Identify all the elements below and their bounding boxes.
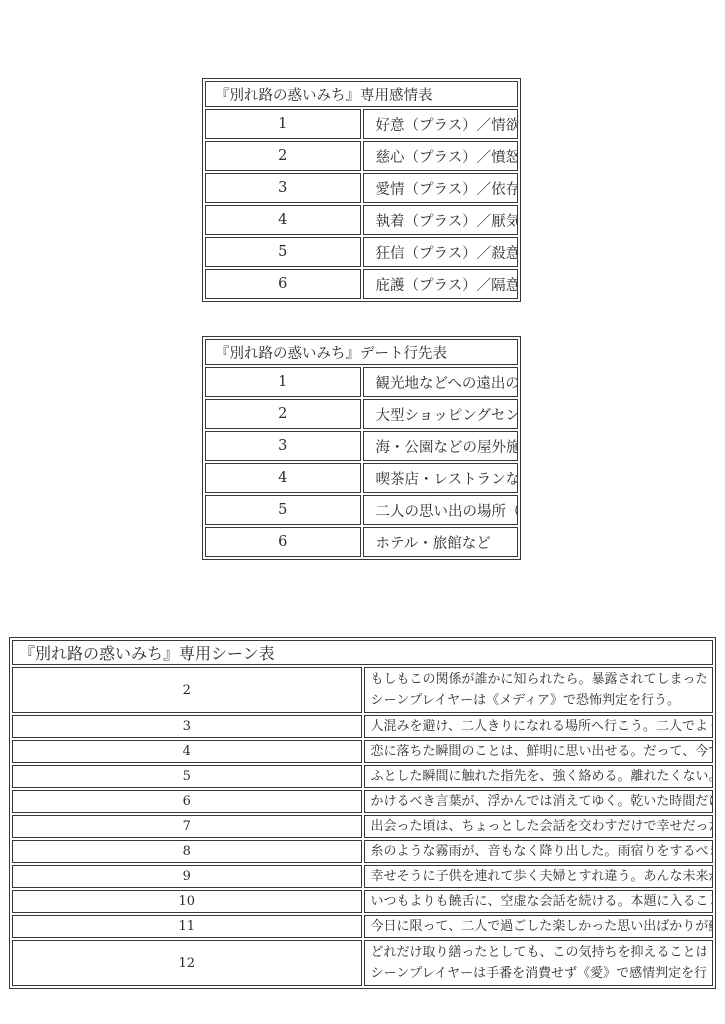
row-text: 狂信（プラス）／殺意（マイナス） [363, 237, 519, 267]
row-text: 幸せそうに子供を連れて歩く夫婦とすれ違う。あんな未来がわたしたちにもあったのだろ… [364, 865, 714, 888]
row-number: 4 [205, 463, 361, 493]
row-number: 9 [12, 865, 362, 888]
row-text: 出会った頃は、ちょっとした会話を交わすだけで幸せだった。いつから道を間違えたのだ… [364, 815, 714, 838]
row-text: もしもこの関係が誰かに知られたら。暴露されてしまったら。いっそ、そのほうが楽にな… [364, 667, 714, 713]
row-number: 6 [205, 269, 361, 299]
emotion-table: 『別れ路の惑いみち』専用感情表 1好意（プラス）／情欲（マイナス）2慈心（プラス… [202, 78, 521, 302]
table-row: 11今日に限って、二人で過ごした楽しかった思い出ばかりが蘇ってくる。ふいに涙がこ… [12, 915, 713, 938]
row-number: 1 [205, 367, 361, 397]
row-number: 2 [205, 141, 361, 171]
row-text: 海・公園などの屋外施設 [363, 431, 519, 461]
table-row: 6かけるべき言葉が、浮かんでは消えてゆく。乾いた時間だけが二人の間に流れている。 [12, 790, 713, 813]
scene-table-header: 『別れ路の惑いみち』専用シーン表 [12, 640, 713, 665]
row-number: 6 [205, 527, 361, 557]
table-row: 5ふとした瞬間に触れた指先を、強く絡める。離れたくない。体は正直だ。 [12, 765, 713, 788]
row-number: 11 [12, 915, 362, 938]
row-text: 糸のような霧雨が、音もなく降り出した。雨宿りをするべきか、それとも濡れてしまおう… [364, 840, 714, 863]
table-row: 7出会った頃は、ちょっとした会話を交わすだけで幸せだった。いつから道を間違えたの… [12, 815, 713, 838]
row-text: 愛情（プラス）／依存（マイナス） [363, 173, 519, 203]
table-row: 8糸のような霧雨が、音もなく降り出した。雨宿りをするべきか、それとも濡れてしまお… [12, 840, 713, 863]
row-text: 喫茶店・レストランなど [363, 463, 519, 493]
date-destination-table: 『別れ路の惑いみち』デート行先表 1観光地などへの遠出の旅行2大型ショッピングセ… [202, 336, 521, 560]
row-text: 今日に限って、二人で過ごした楽しかった思い出ばかりが蘇ってくる。ふいに涙がこぼれ… [364, 915, 714, 938]
row-number: 6 [12, 790, 362, 813]
row-text: かけるべき言葉が、浮かんでは消えてゆく。乾いた時間だけが二人の間に流れている。 [364, 790, 714, 813]
table-row: 10いつもよりも饒舌に、空虚な会話を続ける。本題に入ることから逃げるだけの、空虚… [12, 890, 713, 913]
row-number: 4 [12, 740, 362, 763]
row-number: 8 [12, 840, 362, 863]
row-text: 慈心（プラス）／憤怒（マイナス） [363, 141, 519, 171]
table-row: 4執着（プラス）／厭気（マイナス） [205, 205, 518, 235]
row-number: 5 [12, 765, 362, 788]
scene-table-body: 2もしもこの関係が誰かに知られたら。暴露されてしまったら。いっそ、そのほうが楽に… [12, 667, 713, 986]
date-table-body: 1観光地などへの遠出の旅行2大型ショッピングセンター3海・公園などの屋外施設4喫… [205, 367, 518, 557]
table-row: 1好意（プラス）／情欲（マイナス） [205, 109, 518, 139]
row-number: 10 [12, 890, 362, 913]
date-table-title: 『別れ路の惑いみち』デート行先表 [205, 339, 518, 365]
table-row: 1観光地などへの遠出の旅行 [205, 367, 518, 397]
row-text: 観光地などへの遠出の旅行 [363, 367, 519, 397]
table-row: 6ホテル・旅館など [205, 527, 518, 557]
table-row: 2もしもこの関係が誰かに知られたら。暴露されてしまったら。いっそ、そのほうが楽に… [12, 667, 713, 713]
table-row: 9幸せそうに子供を連れて歩く夫婦とすれ違う。あんな未来がわたしたちにもあったのだ… [12, 865, 713, 888]
row-text: いつもよりも饒舌に、空虚な会話を続ける。本題に入ることから逃げるだけの、空虚な会… [364, 890, 714, 913]
row-number: 5 [205, 237, 361, 267]
table-title-row: 『別れ路の惑いみち』デート行先表 [205, 339, 518, 365]
row-text: ホテル・旅館など [363, 527, 519, 557]
row-text-line: シーンプレイヤーは手番を消費せず《愛》で感情判定を行う。 [371, 963, 707, 984]
table-row: 6庇護（プラス）／隔意（マイナス） [205, 269, 518, 299]
row-number: 3 [205, 173, 361, 203]
row-text: 庇護（プラス）／隔意（マイナス） [363, 269, 519, 299]
scene-table: 『別れ路の惑いみち』専用シーン表 2もしもこの関係が誰かに知られたら。暴露されて… [9, 637, 716, 989]
row-number: 7 [12, 815, 362, 838]
emotion-table-body: 1好意（プラス）／情欲（マイナス）2慈心（プラス）／憤怒（マイナス）3愛情（プラ… [205, 109, 518, 299]
table-row: 5狂信（プラス）／殺意（マイナス） [205, 237, 518, 267]
table-row: 12どれだけ取り繕ったとしても、この気持ちを抑えることはできない。こんなにもあな… [12, 940, 713, 986]
date-table-header: 『別れ路の惑いみち』デート行先表 [205, 339, 518, 365]
row-text: どれだけ取り繕ったとしても、この気持ちを抑えることはできない。こんなにもあなたが… [364, 940, 714, 986]
row-text-line: シーンプレイヤーは《メディア》で恐怖判定を行う。 [371, 690, 707, 711]
row-number: 2 [205, 399, 361, 429]
document-page: 『別れ路の惑いみち』専用感情表 1好意（プラス）／情欲（マイナス）2慈心（プラス… [0, 0, 725, 1024]
emotion-table-title: 『別れ路の惑いみち』専用感情表 [205, 81, 518, 107]
table-row: 3人混みを避け、二人きりになれる場所へ行こう。二人でよく行ったあの場所へ。 [12, 715, 713, 738]
scene-table-title: 『別れ路の惑いみち』専用シーン表 [12, 640, 713, 665]
row-number: 2 [12, 667, 362, 713]
row-text: 恋に落ちた瞬間のことは、鮮明に思い出せる。だって、今でも落ち続けているから。 [364, 740, 714, 763]
table-row: 3愛情（プラス）／依存（マイナス） [205, 173, 518, 203]
table-row: 2慈心（プラス）／憤怒（マイナス） [205, 141, 518, 171]
table-row: 4恋に落ちた瞬間のことは、鮮明に思い出せる。だって、今でも落ち続けているから。 [12, 740, 713, 763]
table-row: 2大型ショッピングセンター [205, 399, 518, 429]
row-text: 執着（プラス）／厭気（マイナス） [363, 205, 519, 235]
row-number: 1 [205, 109, 361, 139]
row-text: 好意（プラス）／情欲（マイナス） [363, 109, 519, 139]
table-title-row: 『別れ路の惑いみち』専用シーン表 [12, 640, 713, 665]
emotion-table-header: 『別れ路の惑いみち』専用感情表 [205, 81, 518, 107]
row-text-line: どれだけ取り繕ったとしても、この気持ちを抑えることはできない。こんなにもあなたが… [371, 942, 707, 963]
row-number: 3 [205, 431, 361, 461]
table-row: 5二人の思い出の場所（自由に決める） [205, 495, 518, 525]
row-text: ふとした瞬間に触れた指先を、強く絡める。離れたくない。体は正直だ。 [364, 765, 714, 788]
row-text-line: もしもこの関係が誰かに知られたら。暴露されてしまったら。いっそ、そのほうが楽にな… [371, 669, 707, 690]
row-text: 人混みを避け、二人きりになれる場所へ行こう。二人でよく行ったあの場所へ。 [364, 715, 714, 738]
table-row: 4喫茶店・レストランなど [205, 463, 518, 493]
table-row: 3海・公園などの屋外施設 [205, 431, 518, 461]
table-title-row: 『別れ路の惑いみち』専用感情表 [205, 81, 518, 107]
row-number: 5 [205, 495, 361, 525]
row-text: 二人の思い出の場所（自由に決める） [363, 495, 519, 525]
row-number: 12 [12, 940, 362, 986]
row-text: 大型ショッピングセンター [363, 399, 519, 429]
row-number: 3 [12, 715, 362, 738]
row-number: 4 [205, 205, 361, 235]
